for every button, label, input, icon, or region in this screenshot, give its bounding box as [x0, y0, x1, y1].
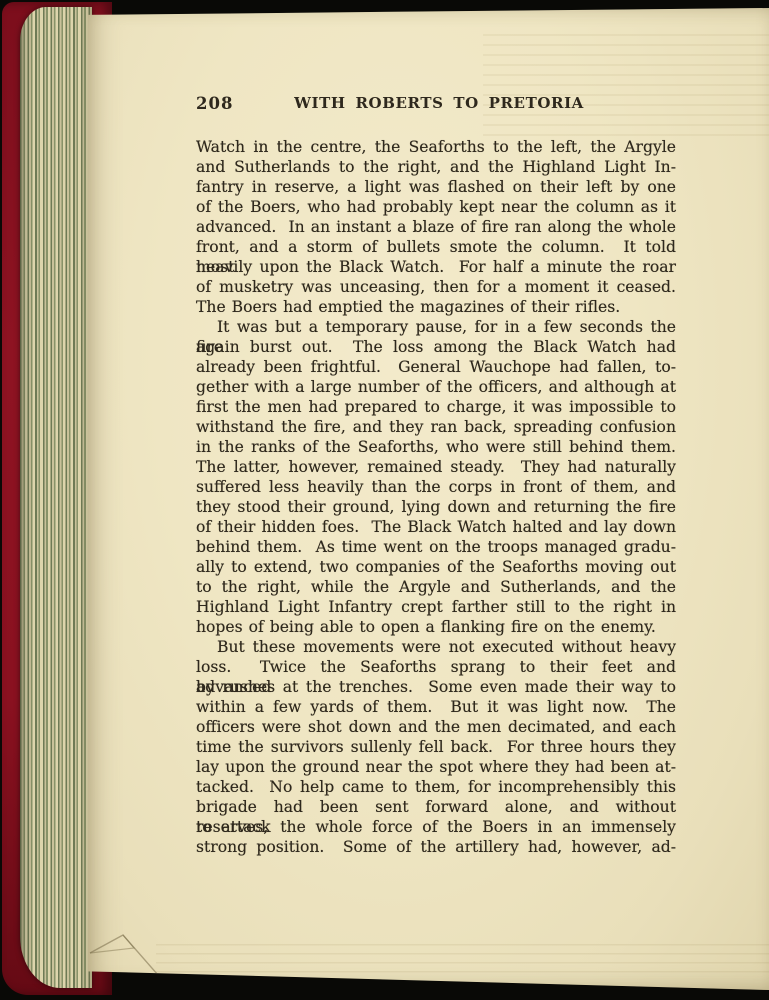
- text-line: they stood their ground, lying down and …: [196, 497, 676, 517]
- text-line: It was but a temporary pause, for in a f…: [196, 317, 676, 337]
- text-line: of their hidden foes. The Black Watch ha…: [196, 517, 676, 537]
- text-line: But these movements were not executed wi…: [196, 637, 676, 657]
- book-page: 208 WITH ROBERTS TO PRETORIA Watch in th…: [88, 8, 769, 992]
- text-line: officers were shot down and the men deci…: [196, 717, 676, 737]
- text-line: Highland Light Infantry crept farther st…: [196, 597, 676, 617]
- text-line: The latter, however, remained steady. Th…: [196, 457, 676, 477]
- text-line: gether with a large number of the office…: [196, 377, 676, 397]
- paragraph: Watch in the centre, the Seaforths to th…: [196, 137, 676, 317]
- text-line: again burst out. The loss among the Blac…: [196, 337, 676, 357]
- paragraph: It was but a temporary pause, for in a f…: [196, 317, 676, 637]
- text-line: Watch in the centre, the Seaforths to th…: [196, 137, 676, 157]
- photo-background: { "book": { "cover_color": "#8a1120", "p…: [0, 0, 769, 1000]
- text-line: to the right, while the Argyle and Suthe…: [196, 577, 676, 597]
- text-line: lay upon the ground near the spot where …: [196, 757, 676, 777]
- text-line: within a few yards of them. But it was l…: [196, 697, 676, 717]
- text-line: time the survivors sullenly fell back. F…: [196, 737, 676, 757]
- text-line: strong position. Some of the artillery h…: [196, 837, 676, 857]
- text-line: fantry in reserve, a light was flashed o…: [196, 177, 676, 197]
- text-line: to attack the whole force of the Boers i…: [196, 817, 676, 837]
- text-line: of the Boers, who had probably kept near…: [196, 197, 676, 217]
- text-line: in the ranks of the Seaforths, who were …: [196, 437, 676, 457]
- text-line: first the men had prepared to charge, it…: [196, 397, 676, 417]
- text-line: brigade had been sent forward alone, and…: [196, 797, 676, 817]
- page-body: Watch in the centre, the Seaforths to th…: [196, 137, 676, 857]
- text-line: behind them. As time went on the troops …: [196, 537, 676, 557]
- text-line: and Sutherlands to the right, and the Hi…: [196, 157, 676, 177]
- text-line: The Boers had emptied the magazines of t…: [196, 297, 676, 317]
- text-line: hopes of being able to open a flanking f…: [196, 617, 676, 637]
- text-line: advanced. In an instant a blaze of fire …: [196, 217, 676, 237]
- page-edge-stack: [20, 7, 92, 988]
- text-line: heavily upon the Black Watch. For half a…: [196, 257, 676, 277]
- text-line: ally to extend, two companies of the Sea…: [196, 557, 676, 577]
- page-header: 208 WITH ROBERTS TO PRETORIA: [196, 94, 676, 114]
- text-line: of musketry was unceasing, then for a mo…: [196, 277, 676, 297]
- paragraph: But these movements were not executed wi…: [196, 637, 676, 857]
- page-content: 208 WITH ROBERTS TO PRETORIA Watch in th…: [88, 8, 769, 992]
- text-line: front, and a storm of bullets smote the …: [196, 237, 676, 257]
- text-line: loss. Twice the Seaforths sprang to thei…: [196, 657, 676, 677]
- running-header: WITH ROBERTS TO PRETORIA: [199, 94, 679, 112]
- text-line: tacked. No help came to them, for incomp…: [196, 777, 676, 797]
- text-line: by rushes at the trenches. Some even mad…: [196, 677, 676, 697]
- text-line: already been frightful. General Wauchope…: [196, 357, 676, 377]
- text-line: withstand the fire, and they ran back, s…: [196, 417, 676, 437]
- text-line: suffered less heavily than the corps in …: [196, 477, 676, 497]
